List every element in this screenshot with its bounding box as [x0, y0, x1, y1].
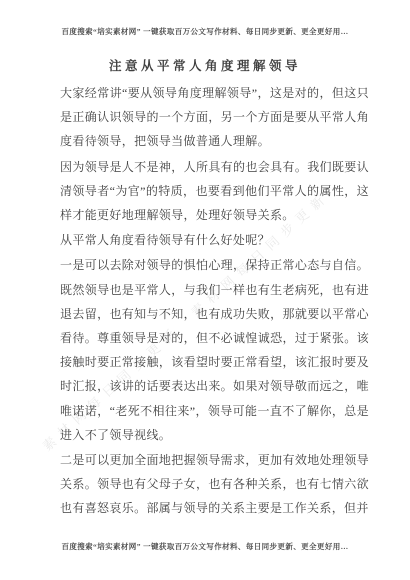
document-body: 大家经常讲“要从领导角度理解领导”，这是对的，但这只是正确认识领导的一个方面，另… [60, 81, 369, 522]
paragraph: 二是可以更加全面地把握领导需求，更加有效地处理领导关系。领导也有父母子女，也有各… [60, 448, 369, 521]
footer-promo-note: 百度搜索“培实素材网” 一键获取百万公文写作材料、每日同步更新、更全更好用… [0, 541, 410, 552]
page-title: 注意从平常人角度理解领导 [0, 56, 410, 74]
header-promo-note: 百度搜索“培实素材网” 一键获取百万公文写作材料、每日同步更新、更全更好用… [0, 26, 410, 37]
paragraph: 大家经常讲“要从领导角度理解领导”，这是对的，但这只是正确认识领导的一个方面，另… [60, 81, 369, 154]
paragraph: 从平常人角度看待领导有什么好处呢？ [60, 228, 369, 252]
paragraph: 因为领导是人不是神，人所具有的也会具有。我们既要认清领导者“为官”的特质，也要看… [60, 155, 369, 228]
paragraph: 一是可以去除对领导的惧怕心理，保持正常心态与自信。既然领导也是平常人，与我们一样… [60, 253, 369, 447]
document-page: 素材网每日同步更新 素材网每日同步更新 素材网每日同步更新 素材网每日同步更新 … [0, 0, 410, 580]
